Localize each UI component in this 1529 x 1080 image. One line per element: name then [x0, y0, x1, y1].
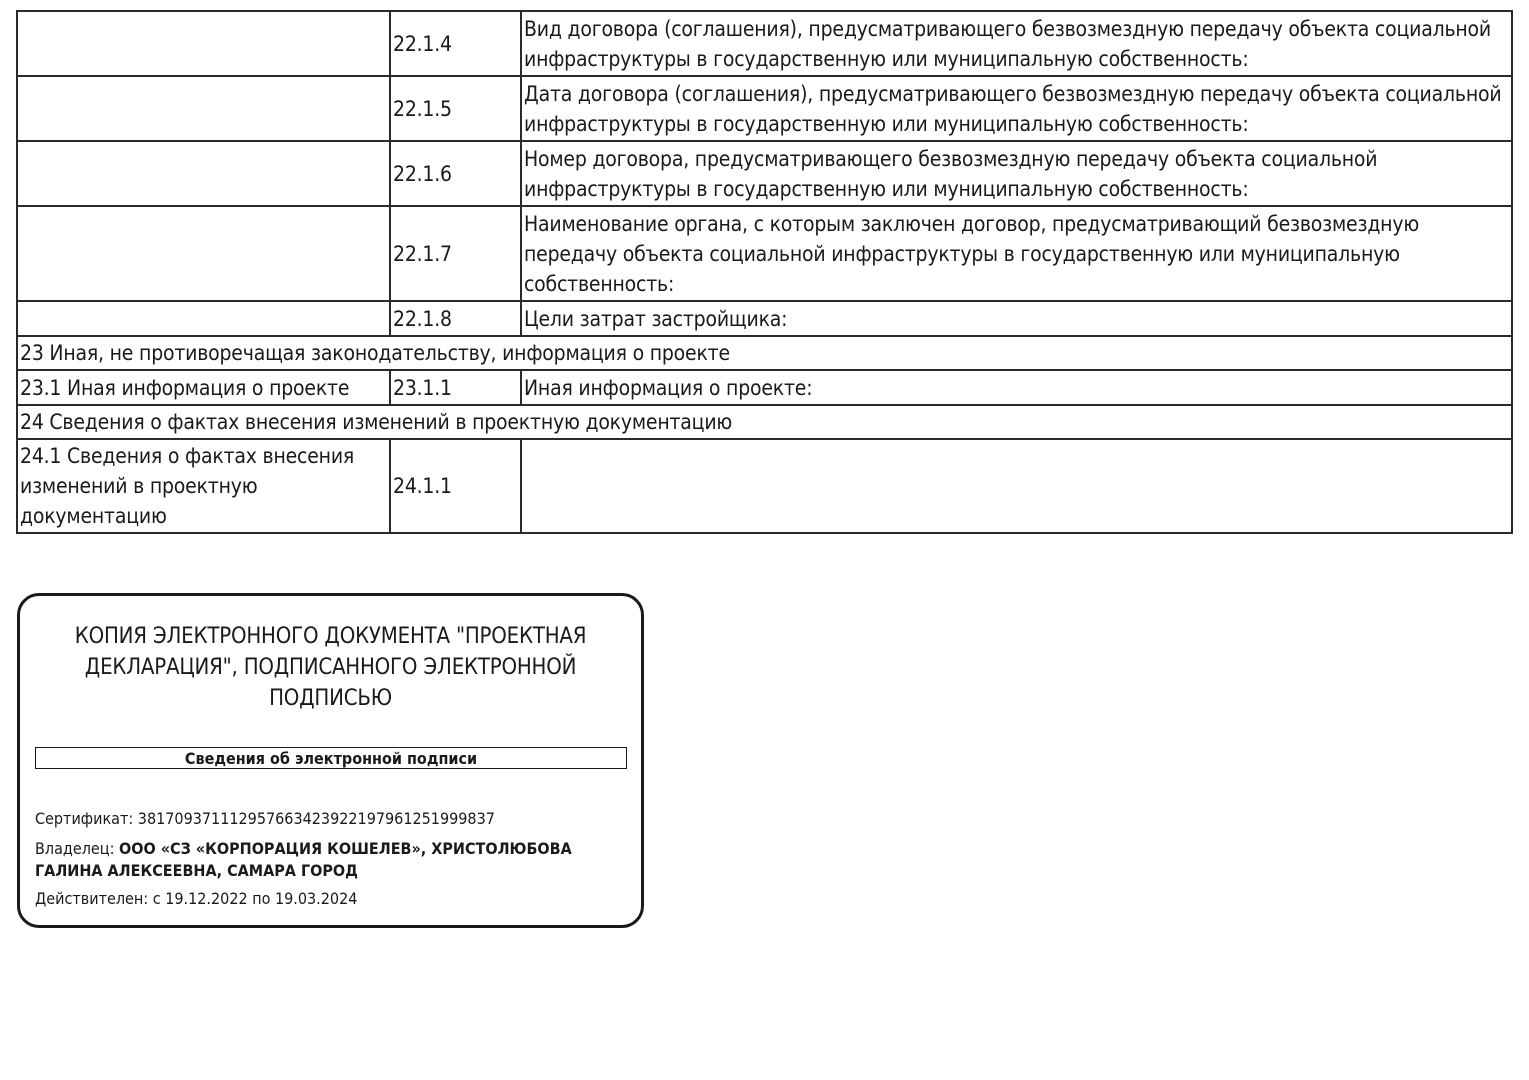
description-cell: Дата договора (соглашения), предусматрив… [521, 76, 1512, 141]
valid-line: Действителен: с 19.12.2022 по 19.03.2024 [35, 888, 631, 910]
code-cell: 22.1.8 [390, 301, 521, 336]
declaration-table: 22.1.4Вид договора (соглашения), предусм… [16, 10, 1513, 534]
e-signature-stamp: КОПИЯ ЭЛЕКТРОННОГО ДОКУМЕНТА "ПРОЕКТНАЯ … [17, 593, 644, 928]
certificate-label: Сертификат: [35, 809, 133, 828]
stamp-title: КОПИЯ ЭЛЕКТРОННОГО ДОКУМЕНТА "ПРОЕКТНАЯ … [20, 621, 641, 714]
code-cell: 23.1.1 [390, 370, 521, 405]
valid-value: с 19.12.2022 по 19.03.2024 [153, 889, 358, 908]
valid-label: Действителен: [35, 889, 148, 908]
section-cell [17, 141, 390, 206]
section-cell [17, 11, 390, 76]
section-header: 24 Сведения о фактах внесения изменений … [17, 405, 1512, 439]
table-row: 22.1.8Цели затрат застройщика: [17, 301, 1512, 336]
section-header: 23 Иная, не противоречащая законодательс… [17, 336, 1512, 370]
table-row: 22.1.7Наименование органа, с которым зак… [17, 206, 1512, 301]
code-cell: 22.1.5 [390, 76, 521, 141]
description-cell: Иная информация о проекте: [521, 370, 1512, 405]
stamp-subtitle: Сведения об электронной подписи [35, 747, 627, 769]
certificate-line: Сертификат: 3817093711129576634239221979… [35, 808, 631, 830]
description-cell: Цели затрат застройщика: [521, 301, 1512, 336]
table-row: 22.1.6Номер договора, предусматривающего… [17, 141, 1512, 206]
code-cell: 24.1.1 [390, 439, 521, 533]
code-cell: 22.1.7 [390, 206, 521, 301]
description-cell: Вид договора (соглашения), предусматрива… [521, 11, 1512, 76]
section-header-row: 24 Сведения о фактах внесения изменений … [17, 405, 1512, 439]
description-cell [521, 439, 1512, 533]
section-cell: 23.1 Иная информация о проекте [17, 370, 390, 405]
table-row: 22.1.5Дата договора (соглашения), предус… [17, 76, 1512, 141]
section-cell [17, 206, 390, 301]
owner-label: Владелец: [35, 839, 114, 858]
section-cell [17, 76, 390, 141]
certificate-value: 381709371112957663423922197961251999837 [138, 809, 495, 828]
owner-line: Владелец: ООО «СЗ «КОРПОРАЦИЯ КОШЕЛЕВ», … [35, 838, 631, 882]
description-cell: Наименование органа, с которым заключен … [521, 206, 1512, 301]
section-cell: 24.1 Сведения о фактах внесения изменени… [17, 439, 390, 533]
section-header-row: 23 Иная, не противоречащая законодательс… [17, 336, 1512, 370]
code-cell: 22.1.6 [390, 141, 521, 206]
code-cell: 22.1.4 [390, 11, 521, 76]
section-cell [17, 301, 390, 336]
table-row: 24.1 Сведения о фактах внесения изменени… [17, 439, 1512, 533]
table-row: 23.1 Иная информация о проекте23.1.1Иная… [17, 370, 1512, 405]
table-row: 22.1.4Вид договора (соглашения), предусм… [17, 11, 1512, 76]
owner-value: ООО «СЗ «КОРПОРАЦИЯ КОШЕЛЕВ», ХРИСТОЛЮБО… [35, 839, 572, 880]
description-cell: Номер договора, предусматривающего безво… [521, 141, 1512, 206]
